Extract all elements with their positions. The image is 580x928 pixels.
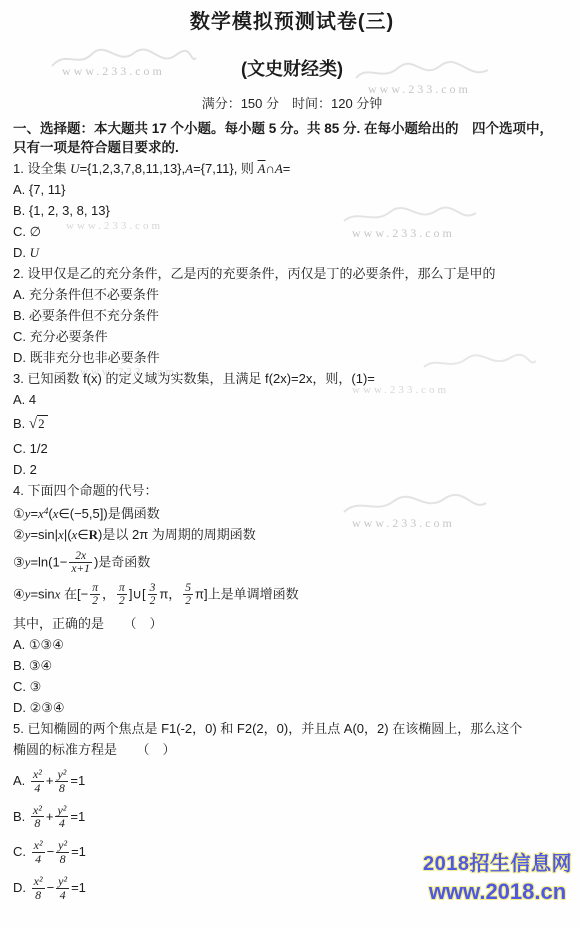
q5-option-b: B. x²8+y²4=1 <box>13 804 571 831</box>
math-fraction: y²8 <box>56 839 69 866</box>
scanned-exam-page: www.233.com www.233.com www.233.com www.… <box>0 0 580 928</box>
instruction-line-1: 一、选择题：本大题共 17 个小题。每小题 5 分。共 85 分. 在每小题给出… <box>13 119 571 138</box>
q4-prompt: 其中，正确的是 （ ） <box>13 614 571 633</box>
q4-statement-1: ①y=x4(x∈(−5,5])是偶函数 <box>13 502 571 523</box>
q2-option-a: A. 充分条件但不必要条件 <box>13 285 571 304</box>
q1-option-a: A. {7, 11} <box>13 180 571 199</box>
q4-statement-4: ④y=sinx 在[−π2，π2]∪[32π，52π]上是单调增函数 <box>13 582 571 608</box>
brand-name: 2018招生信息网 <box>423 851 572 878</box>
question-1: 1. 设全集 U={1,2,3,7,8,11,13},A={7,11}, 则 A… <box>13 159 571 178</box>
question-3: 3. 已知函数 f(x) 的定义域为实数集，且满足 f(2x)=2x，则，(1)… <box>13 369 571 388</box>
question-4: 4. 下面四个命题的代号： <box>13 481 571 500</box>
math-fraction: 2xx+1 <box>69 550 92 576</box>
q3-option-b: B. √2 <box>13 414 571 434</box>
math-fraction: y²4 <box>55 804 68 831</box>
q1-option-b: B. {1, 2, 3, 8, 13} <box>13 201 571 220</box>
q3-option-c: C. 1/2 <box>13 439 571 458</box>
math-square-root: √2 <box>29 416 48 431</box>
footer-brand: 2018招生信息网 www.2018.cn <box>423 851 572 905</box>
exam-paper: 数学模拟预测试卷(三) (文史财经类) 满分：150 分 时间：120 分钟 一… <box>13 10 571 911</box>
question-2: 2. 设甲仅是乙的充分条件，乙是丙的充要条件，丙仅是丁的必要条件，那么丁是甲的 <box>13 264 571 283</box>
math-fraction: 32 <box>148 582 158 608</box>
q2-option-d: D. 既非充分也非必要条件 <box>13 348 571 367</box>
question-5: 5. 已知椭圆的两个焦点是 F1(-2，0) 和 F2(2，0)，并且点 A(0… <box>13 719 571 738</box>
math-fraction: x²8 <box>32 875 45 902</box>
q5-option-a: A. x²4+y²8=1 <box>13 768 571 795</box>
q4-option-c: C. ③ <box>13 677 571 696</box>
math-variable: U <box>30 245 39 260</box>
paper-subtitle: (文史财经类) <box>13 58 571 80</box>
q3-option-d: D. 2 <box>13 460 571 479</box>
math-fraction: x²8 <box>31 804 44 831</box>
math-variable: A <box>185 161 193 176</box>
q2-option-c: C. 充分必要条件 <box>13 327 571 346</box>
math-bold-symbol: R <box>89 527 98 542</box>
q5-prompt: 椭圆的标准方程是 （ ） <box>13 740 571 759</box>
math-fraction: x²4 <box>31 768 44 795</box>
q4-option-a: A. ①③④ <box>13 635 571 654</box>
q2-option-b: B. 必要条件但不充分条件 <box>13 306 571 325</box>
instruction-line-2: 只有一项是符合题目要求的. <box>13 138 571 157</box>
q4-statement-2: ②y=sin|x|(x∈R)是以 2π 为周期的周期函数 <box>13 525 571 544</box>
score-time-line: 满分：150 分 时间：120 分钟 <box>13 95 571 112</box>
brand-url: www.2018.cn <box>423 878 572 905</box>
math-fraction: 52 <box>183 582 193 608</box>
q1-option-c: C. ∅ <box>13 222 571 241</box>
q4-option-d: D. ②③④ <box>13 698 571 717</box>
exam-body: 1. 设全集 U={1,2,3,7,8,11,13},A={7,11}, 则 A… <box>13 159 571 902</box>
math-overline-variable: A <box>258 161 266 176</box>
math-fraction: y²4 <box>56 875 69 902</box>
q3-option-a: A. 4 <box>13 390 571 409</box>
paper-title: 数学模拟预测试卷(三) <box>13 10 571 34</box>
math-fraction: π2 <box>90 582 100 608</box>
q4-statement-3: ③y=ln(1−2xx+1)是奇函数 <box>13 550 571 576</box>
math-variable: A <box>275 161 283 176</box>
q1-option-d: D. U <box>13 243 571 262</box>
math-fraction: x²4 <box>32 839 45 866</box>
math-fraction: π2 <box>117 582 127 608</box>
q4-option-b: B. ③④ <box>13 656 571 675</box>
math-fraction: y²8 <box>55 768 68 795</box>
